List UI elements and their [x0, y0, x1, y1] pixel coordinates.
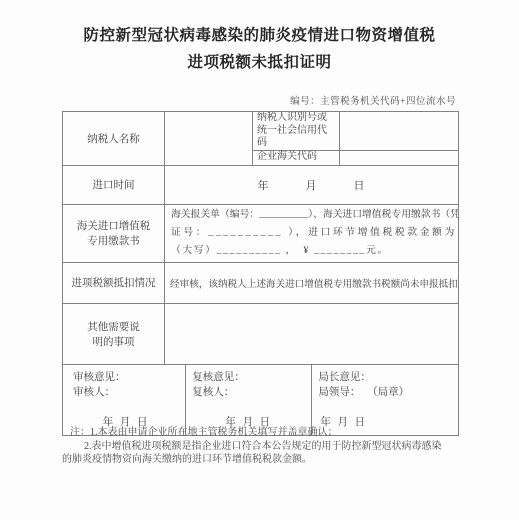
form-table: 纳税人名称 纳税人识别号或 统一社会信用代码 企业海关代码 进口时间 年 月 日… — [62, 111, 459, 436]
customs-code-value-cell — [340, 150, 459, 165]
customs-code-label: 企业海关代码 — [253, 150, 340, 165]
bureau-seal-label: （局章） — [372, 387, 409, 398]
payment-book-label: 海关进口增值税 专用缴款书 — [63, 204, 165, 262]
document-title-line2: 进项税额未抵扣证明 — [0, 49, 519, 76]
import-time-label: 进口时间 — [63, 165, 165, 204]
review-opinion-label: 复核意见： — [192, 370, 305, 385]
payment-book-content: 海关报关单（编号：__________）、海关进口增值税专用缴款书（凭 证号：_… — [165, 204, 459, 262]
serial-number: 编号：主管税务机关代码+四位流水号 — [290, 93, 456, 107]
taxpayer-name-value-cell — [165, 112, 253, 166]
bureau-leader-label: 局领导： — [318, 387, 360, 398]
payment-book-label-line2: 专用缴款书 — [67, 233, 160, 248]
director-opinion-cell: 局长意见： 局领导：（局章） 年 月 日 — [311, 365, 454, 435]
deduction-status-label: 进项税额抵扣情况 — [63, 262, 165, 303]
taxpayer-id-label: 纳税人识别号或 统一社会信用代码 — [253, 112, 340, 151]
director-opinion-label: 局长意见： — [318, 370, 448, 385]
other-notes-value-cell — [165, 303, 459, 364]
footnotes: 注：1.本表由申请企业所在地主管税务机关填写并盖章确认； 2.表中增值税进项税额… — [62, 426, 464, 467]
document-title: 防控新型冠状病毒感染的肺炎疫情进口物资增值税 进项税额未抵扣证明 — [0, 22, 519, 76]
import-time-value: 年 月 日 — [165, 165, 459, 204]
audit-opinion-cell: 审核意见： 审核人： 年 月 日 — [67, 365, 185, 435]
payment-book-label-line1: 海关进口增值税 — [67, 218, 160, 233]
payment-book-text-line1: 海关报关单（编号：__________）、海关进口增值税专用缴款书（凭 — [171, 206, 452, 224]
taxpayer-id-value-cell — [340, 112, 459, 151]
other-notes-label-line2: 明的事项 — [67, 334, 160, 349]
review-opinion-cell: 复核意见： 复核人： 年 月 日 — [185, 365, 311, 435]
deduction-status-text: 经审核，该纳税人上述海关进口增值税专用缴款书税额尚未申报抵扣。 — [165, 262, 459, 303]
bureau-leader-line: 局领导：（局章） — [318, 385, 448, 400]
other-notes-label-line1: 其他需要说 — [67, 319, 160, 334]
footnote-line1: 注：1.本表由申请企业所在地主管税务机关填写并盖章确认； — [62, 426, 464, 440]
approval-row: 审核意见： 审核人： 年 月 日 复核意见： 复核人： 年 月 日 局长意见： … — [63, 364, 459, 435]
footnote-line2: 2.表中增值税进项税额是指企业进口符合本公告规定的用于防控新型冠状病毒感染 — [62, 440, 464, 454]
auditor-label: 审核人： — [73, 385, 179, 400]
payment-book-text-line3: （大写）__________ ， ¥ ________元。 — [171, 242, 452, 260]
document-title-line1: 防控新型冠状病毒感染的肺炎疫情进口物资增值税 — [0, 22, 519, 49]
audit-opinion-label: 审核意见： — [73, 370, 179, 385]
reviewer-label: 复核人： — [192, 385, 305, 400]
other-notes-label: 其他需要说 明的事项 — [63, 303, 165, 364]
document-page: 防控新型冠状病毒感染的肺炎疫情进口物资增值税 进项税额未抵扣证明 编号：主管税务… — [0, 0, 519, 520]
taxpayer-id-label-line1: 纳税人识别号或 — [257, 112, 335, 125]
taxpayer-id-label-line2: 统一社会信用代码 — [257, 125, 335, 150]
footnote-line3: 的肺炎疫情物资向海关缴纳的进口环节增值税税款金额。 — [62, 453, 464, 467]
taxpayer-name-label: 纳税人名称 — [63, 112, 165, 166]
payment-book-text-line2: 证号：__________ ），进口环节增值税税款金额为 — [171, 224, 452, 242]
deduction-status-text-line: 经审核，该纳税人上述海关进口增值税专用缴款书税额尚未申报抵扣。 — [170, 276, 453, 290]
